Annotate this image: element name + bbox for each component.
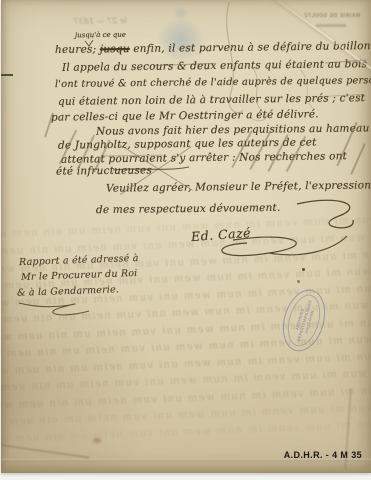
letter-line: qui étaient non loin de là à travailler … — [58, 92, 365, 108]
letterhead-text-bleed: MAIRIE DE SOULTZ — [300, 13, 364, 19]
paper-blemish — [93, 438, 101, 443]
letterhead-bar-bleed — [316, 24, 346, 27]
letter-line: Nous avons fait hier des perquisitions a… — [96, 122, 370, 137]
letter-line: été infructueuses — [56, 164, 152, 177]
fold-crease-bottom-left — [1, 443, 90, 458]
interlinear-insertion: jusqu'à ce que — [75, 31, 126, 40]
ink-fleck — [302, 268, 305, 271]
date-bleed: le 27 — 1837 — [27, 16, 127, 27]
letter-line: l'ont trouvé & ont cherché de l'aide aup… — [55, 75, 371, 90]
letter-line: Il appela du secours & deux enfants qui … — [62, 58, 367, 74]
letter-line: de mes respectueux dévouement. — [96, 202, 281, 216]
document-scan: MAIRIE DE SOULTZ le 27 — 1837 mi num wen… — [0, 0, 371, 480]
letter-line: Veuillez agréer, Monsieur le Préfet, l'e… — [106, 179, 371, 194]
edge-pencil-mark — [1, 74, 13, 76]
letter-line: heures; jusqu enfin, il est parvenu à se… — [55, 40, 371, 56]
struck-word: jusqu — [100, 43, 130, 55]
archive-reference-label: A.D.H.R. - 4 M 35 — [284, 450, 362, 460]
document-page: MAIRIE DE SOULTZ le 27 — 1837 mi num wen… — [1, 0, 371, 473]
ink-fleck — [297, 280, 300, 283]
letter-line: par celles-ci que le Mr Oesttringer a ét… — [51, 108, 319, 123]
